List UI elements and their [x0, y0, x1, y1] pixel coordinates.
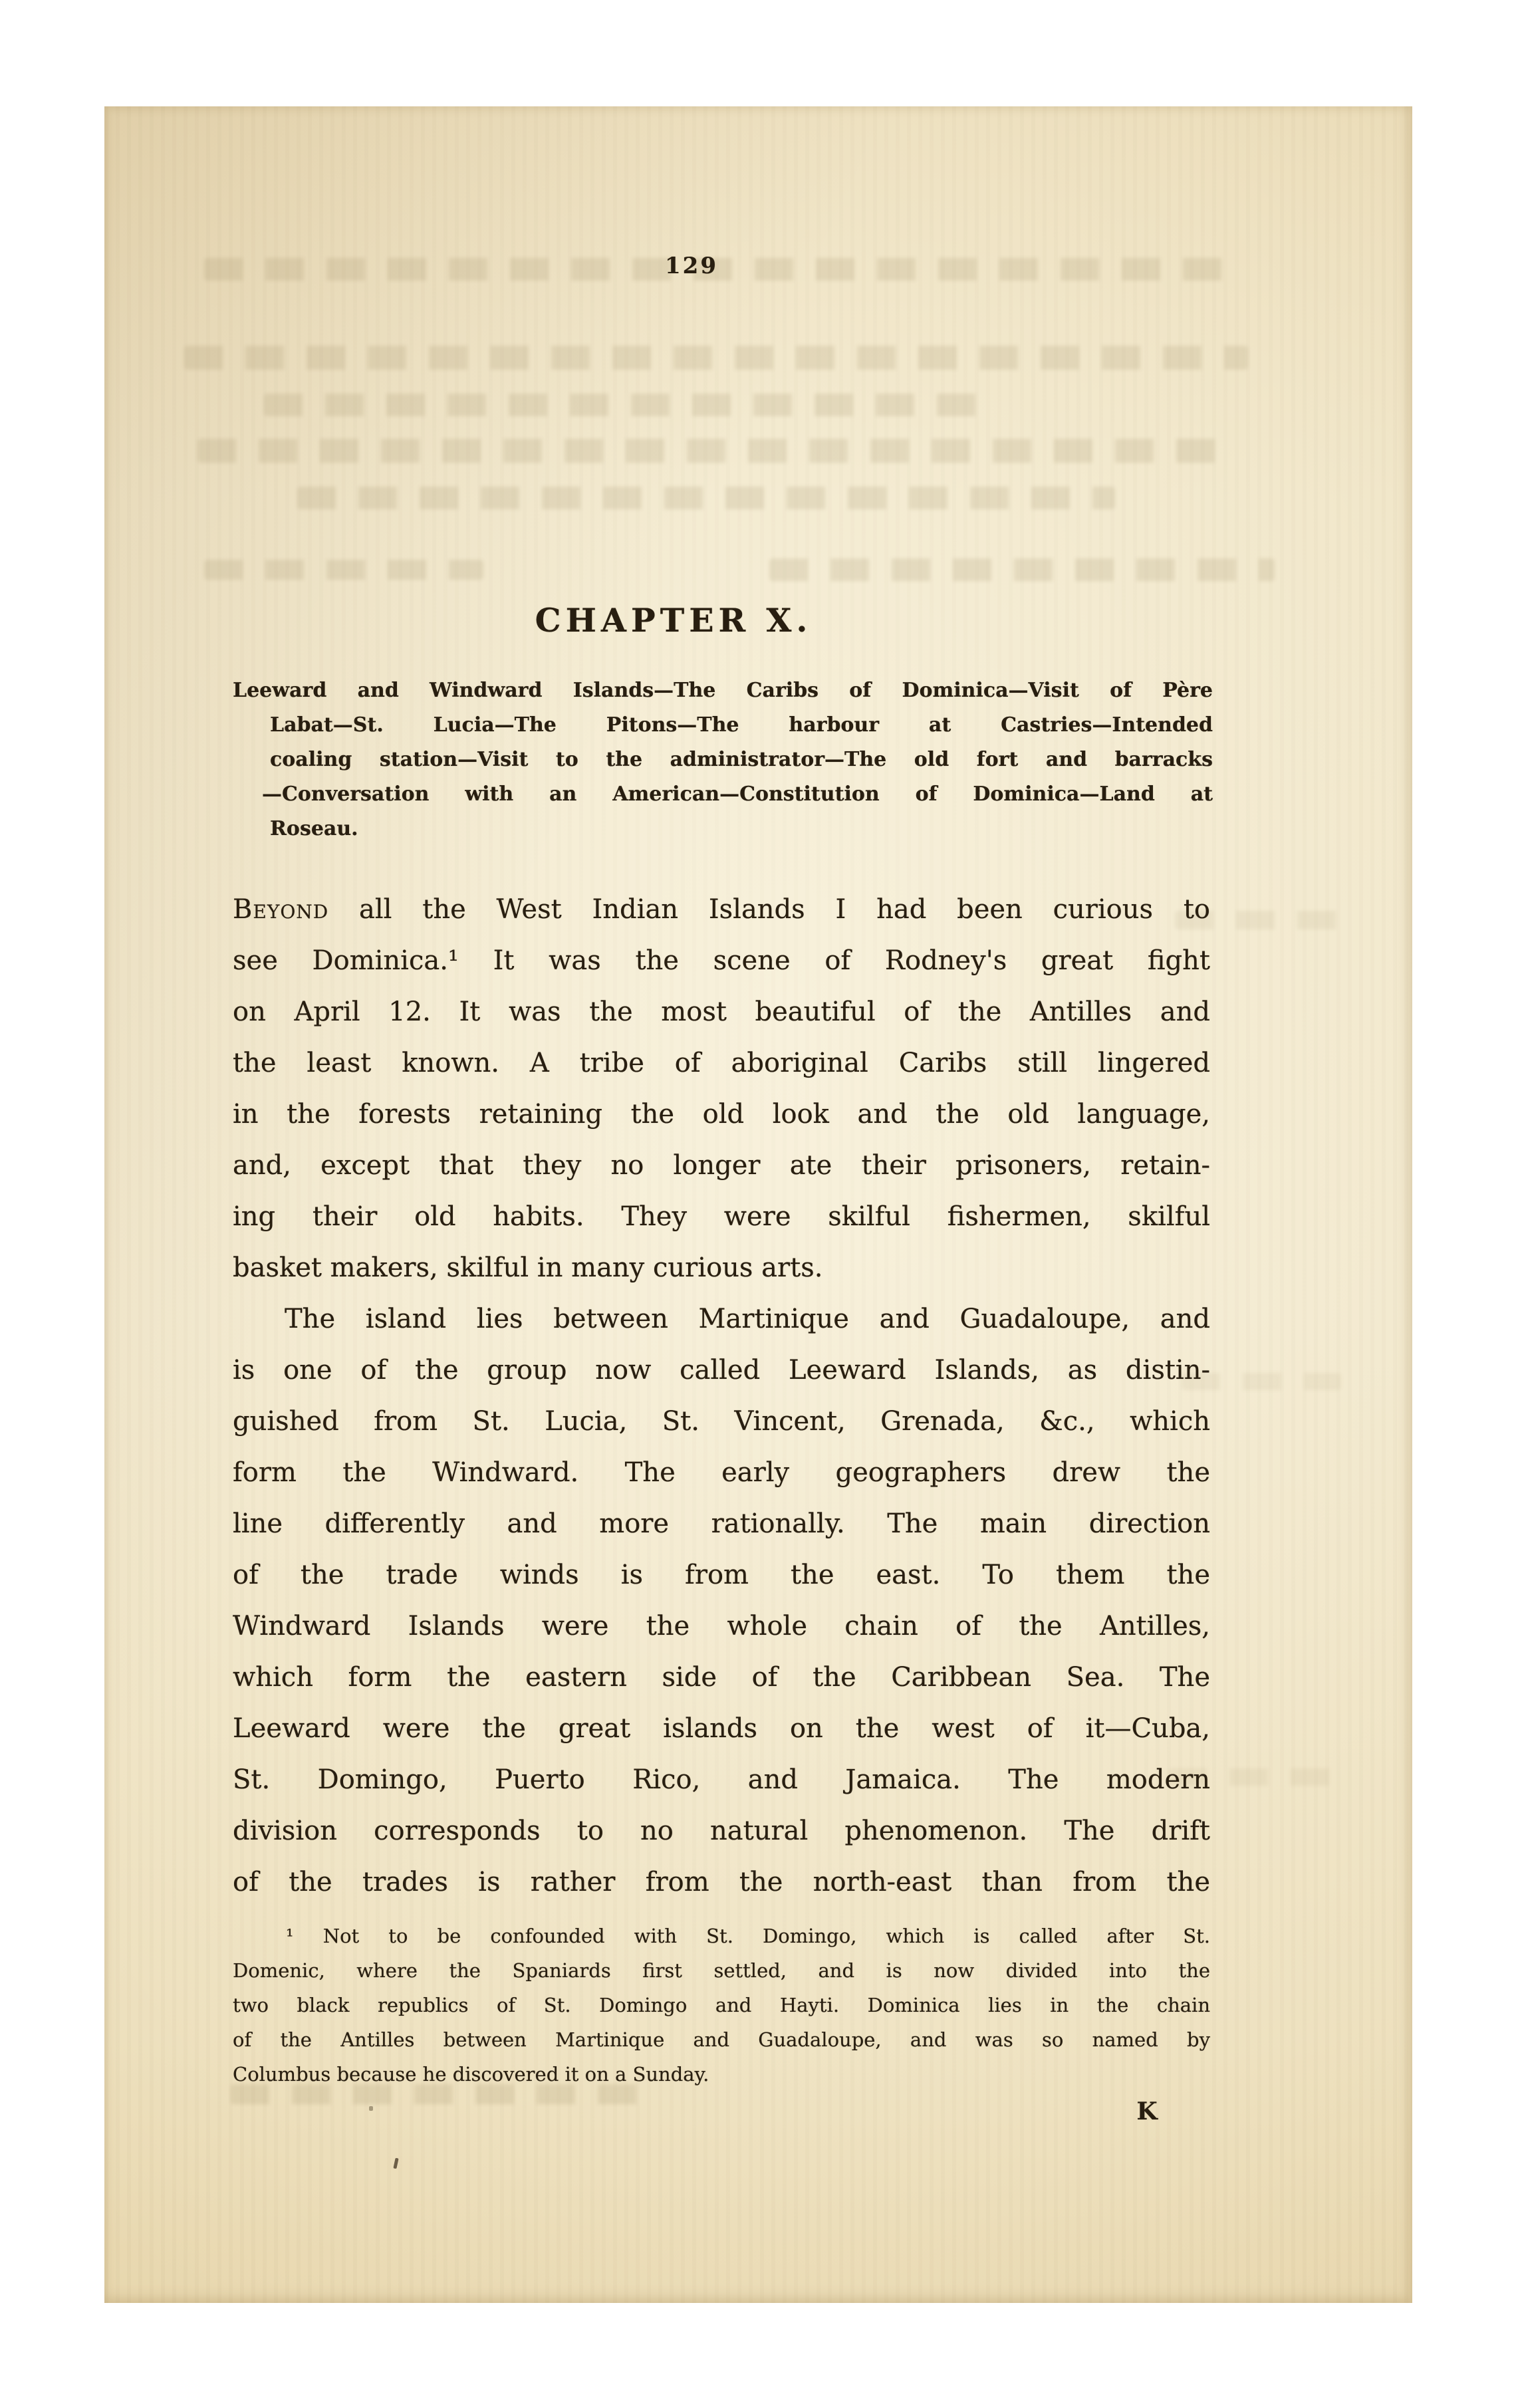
body-text-line: line differently and more rationally. Th…	[233, 1499, 1210, 1550]
paragraph-1: Beyond all the West Indian Islands I had…	[233, 884, 1210, 1294]
body-text-line: guished from St. Lucia, St. Vincent, Gre…	[233, 1396, 1210, 1447]
body-text-line: St. Domingo, Puerto Rico, and Jamaica. T…	[233, 1754, 1210, 1806]
chapter-heading: CHAPTER X.	[233, 601, 1210, 640]
ink-speck	[369, 2106, 373, 2111]
body-text-line: is one of the group now called Leeward I…	[233, 1345, 1210, 1396]
lead-word: Beyond	[233, 894, 328, 925]
ghost-smudge	[204, 560, 483, 580]
body-text-line: Windward Islands were the whole chain of…	[233, 1601, 1210, 1652]
footnote-line: two black republics of St. Domingo and H…	[233, 1988, 1210, 2022]
page-number: 129	[625, 253, 758, 279]
body-text-line: of the trades is rather from the north-e…	[233, 1857, 1210, 1908]
summary-line: Leeward and Windward Islands—The Caribs …	[233, 673, 1213, 708]
body-text-line: in the forests retaining the old look an…	[233, 1089, 1210, 1140]
body-text-line: The island lies between Martinique and G…	[233, 1294, 1210, 1345]
paragraph-2: The island lies between Martinique and G…	[233, 1294, 1210, 1908]
ink-speck	[393, 2158, 398, 2169]
footnote-line: Columbus because he discovered it on a S…	[233, 2057, 1210, 2092]
ghost-smudge	[264, 394, 982, 416]
body-text-line: on April 12. It was the most beautiful o…	[233, 987, 1210, 1038]
summary-line: coaling station—Visit to the administrat…	[233, 743, 1213, 777]
body-text-line: which form the eastern side of the Carib…	[233, 1652, 1210, 1703]
summary-line: Roseau.	[233, 812, 1213, 846]
scanned-book-page-screenshot: { "page": { "page_number": "129", "chapt…	[0, 0, 1518, 2408]
body-text-line: Leeward were the great islands on the we…	[233, 1703, 1210, 1754]
footnote: ¹ Not to be confounded with St. Domingo,…	[233, 1919, 1210, 2092]
summary-line: —Conversation with an American—Constitut…	[233, 777, 1213, 812]
book-page: 129 CHAPTER X. Leeward and Windward Isla…	[104, 106, 1412, 2303]
lead-rest: all the West Indian Islands I had been c…	[359, 894, 1210, 925]
chapter-summary: Leeward and Windward Islands—The Caribs …	[233, 673, 1213, 846]
body-text: Beyond all the West Indian Islands I had…	[233, 884, 1210, 1908]
footnote-line: of the Antilles between Martinique and G…	[233, 2022, 1210, 2057]
body-text-line: division corresponds to no natural pheno…	[233, 1806, 1210, 1857]
chapter-heading-text: CHAPTER X.	[535, 601, 813, 640]
body-text-line: form the Windward. The early geographers…	[233, 1447, 1210, 1499]
body-text-line: ing their old habits. They were skilful …	[233, 1191, 1210, 1243]
ghost-smudge	[184, 346, 1248, 370]
ghost-smudge	[297, 487, 1115, 509]
body-text-line: see Dominica.¹ It was the scene of Rodne…	[233, 935, 1210, 987]
signature-mark: K	[1127, 2098, 1167, 2125]
body-text-line: the least known. A tribe of aboriginal C…	[233, 1038, 1210, 1089]
summary-line: Labat—St. Lucia—The Pitons—The harbour a…	[233, 708, 1213, 743]
ghost-smudge	[769, 558, 1275, 581]
footnote-line: ¹ Not to be confounded with St. Domingo,…	[233, 1919, 1210, 1953]
body-text-line: basket makers, skilful in many curious a…	[233, 1243, 1210, 1294]
footnote-line: Domenic, where the Spaniards first settl…	[233, 1953, 1210, 1988]
body-text-line: Beyond all the West Indian Islands I had…	[233, 884, 1210, 935]
body-text-line: and, except that they no longer ate thei…	[233, 1140, 1210, 1191]
body-text-line: of the trade winds is from the east. To …	[233, 1550, 1210, 1601]
ghost-smudge	[197, 439, 1235, 463]
